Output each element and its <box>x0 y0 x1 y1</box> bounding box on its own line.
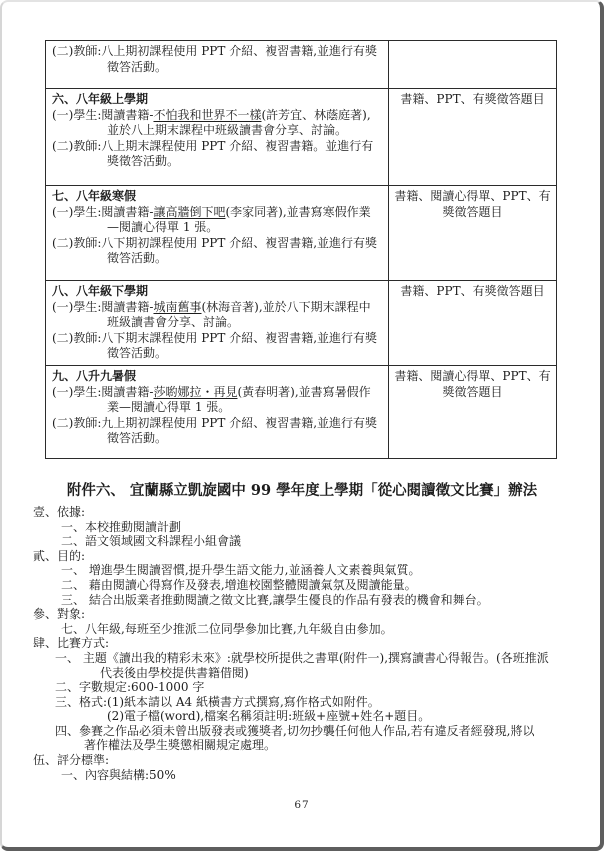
doc-line-wrap: 代表後由學校提供書籍借閱) <box>33 666 588 681</box>
reading-plan-table: (二)教師:八上期初課程使用 PPT 介紹、複習書籍,並進行有獎徵答活動。 六、… <box>45 40 557 459</box>
table-row-grade8-fall: 六、八年級上學期 (一)學生:閱讀書籍-不怕我和世界不一樣(許芳宜、林蔭庭著),… <box>46 88 556 185</box>
item-label: (二)教師: <box>52 139 101 153</box>
item-text: 閱讀書籍- <box>101 108 153 122</box>
doc-heading: 伍、評分標準: <box>33 753 588 768</box>
item-text: 閱讀書籍- <box>101 300 153 314</box>
period-title: 九、八升九暑假 <box>52 369 380 385</box>
item-label: (二)教師: <box>52 416 101 430</box>
item-text: 閱讀書籍- <box>101 385 153 399</box>
teacher-item: (二)教師:八下期初課程使用 PPT 介紹、複習書籍,並進行有獎徵答活動。 <box>52 236 380 267</box>
item-label: (二)教師: <box>52 44 101 58</box>
resources-cell: 書籍、PPT、有獎徵答題目 <box>389 281 556 365</box>
table-row-grade9-summer: 九、八升九暑假 (一)學生:閱讀書籍-莎喲娜拉・再見(黃春明著),並書寫暑假作業… <box>46 365 556 458</box>
item-label: (一)學生: <box>52 205 101 219</box>
doc-heading: 參、對象: <box>33 607 588 622</box>
doc-heading: 貳、目的: <box>33 549 588 564</box>
doc-heading: 肆、比賽方式: <box>33 636 588 651</box>
student-item: (一)學生:閱讀書籍-城南舊事(林海音著),並於八下期末課程中班級讀書會分享、討… <box>52 300 380 331</box>
book-title: 莎喲娜拉・再見 <box>153 385 237 399</box>
item-label: (二)教師: <box>52 236 101 250</box>
table-row-continuation: (二)教師:八上期初課程使用 PPT 介紹、複習書籍,並進行有獎徵答活動。 <box>46 41 556 88</box>
resources-cell: 書籍、閱讀心得單、PPT、有獎徵答題目 <box>389 186 556 280</box>
teacher-item: (二)教師:九上期初課程使用 PPT 介紹、複習書籍,並進行有獎徵答活動。 <box>52 416 380 447</box>
plan-cell: 九、八升九暑假 (一)學生:閱讀書籍-莎喲娜拉・再見(黃春明著),並書寫暑假作業… <box>46 366 389 458</box>
doc-line: 二、字數規定:600-1000 字 <box>33 680 588 695</box>
book-title: 不怕我和世界不一樣 <box>153 108 261 122</box>
item-label: (二)教師: <box>52 331 101 345</box>
period-title: 七、八年級寒假 <box>52 189 380 205</box>
doc-line: 二、語文領域國文科課程小組會議 <box>33 534 588 549</box>
doc-line: 一、本校推動閱讀計劃 <box>33 520 588 535</box>
resources-cell: 書籍、閱讀心得單、PPT、有獎徵答題目 <box>389 366 556 458</box>
period-title: 六、八年級上學期 <box>52 92 380 108</box>
doc-heading: 壹、依據: <box>33 505 588 520</box>
resources-text: 書籍、閱讀心得單、PPT、有獎徵答題目 <box>394 189 550 219</box>
resources-cell <box>389 41 556 88</box>
item-text: 九上期初課程使用 PPT 介紹、複習書籍,並進行有獎徵答活動。 <box>101 416 377 446</box>
doc-line: 三、 結合出版業者推動閱讀之徵文比賽,讓學生優良的作品有發表的機會和舞台。 <box>33 593 588 608</box>
doc-line: 三、格式:(1)紙本請以 A4 紙橫書方式撰寫,寫作格式如附件。 <box>33 695 588 710</box>
item-text: 八下期末課程使用 PPT 介紹、複習書籍,並進行有獎徵答活動。 <box>101 331 377 361</box>
plan-cell: 七、八年級寒假 (一)學生:閱讀書籍-讓高牆倒下吧(李家同著),並書寫寒假作業—… <box>46 186 389 280</box>
doc-line: 四、參賽之作品必須未曾出版發表或獲獎者,切勿抄襲任何他人作品,若有違反者經發現,… <box>33 724 588 739</box>
resources-text: 書籍、PPT、有獎徵答題目 <box>400 284 544 298</box>
doc-line: 一、 增進學生閱讀習慣,提升學生語文能力,並涵養人文素養與氣質。 <box>33 563 588 578</box>
item-label: (一)學生: <box>52 108 101 122</box>
table-row-grade8-spring: 八、八年級下學期 (一)學生:閱讀書籍-城南舊事(林海音著),並於八下期末課程中… <box>46 280 556 365</box>
item-label: (一)學生: <box>52 300 101 314</box>
doc-line-wrap: 著作權法及學生獎懲相關規定處理。 <box>33 738 588 753</box>
student-item: (一)學生:閱讀書籍-讓高牆倒下吧(李家同著),並書寫寒假作業—閱讀心得單 1 … <box>52 205 380 236</box>
plan-cell: 六、八年級上學期 (一)學生:閱讀書籍-不怕我和世界不一樣(許芳宜、林蔭庭著),… <box>46 89 389 185</box>
period-title: 八、八年級下學期 <box>52 284 380 300</box>
contest-rules: 壹、依據: 一、本校推動閱讀計劃 二、語文領域國文科課程小組會議 貳、目的: 一… <box>33 505 588 782</box>
book-title: 城南舊事 <box>153 300 201 314</box>
doc-line-wrap: (2)電子檔(word),檔案名稱須註明:班級+座號+姓名+題目。 <box>33 709 588 724</box>
resources-cell: 書籍、PPT、有獎徵答題目 <box>389 89 556 185</box>
doc-line: 一、 主題《讀出我的精彩未來》:就學校所提供之書單(附件一),撰寫讀書心得報告。… <box>33 651 588 666</box>
doc-line: 一、內容與結構:50% <box>33 768 588 783</box>
table-row-grade8-winter: 七、八年級寒假 (一)學生:閱讀書籍-讓高牆倒下吧(李家同著),並書寫寒假作業—… <box>46 185 556 280</box>
teacher-item: (二)教師:八上期末課程使用 PPT 介紹、複習書籍。並進行有獎徵答活動。 <box>52 139 380 170</box>
page-number: 67 <box>0 799 604 811</box>
doc-line: 七、八年級,每班至少推派二位同學參加比賽,九年級自由參加。 <box>33 622 588 637</box>
plan-cell: 八、八年級下學期 (一)學生:閱讀書籍-城南舊事(林海音著),並於八下期末課程中… <box>46 281 389 365</box>
teacher-item: (二)教師:八下期末課程使用 PPT 介紹、複習書籍,並進行有獎徵答活動。 <box>52 331 380 362</box>
plan-cell: (二)教師:八上期初課程使用 PPT 介紹、複習書籍,並進行有獎徵答活動。 <box>46 41 389 88</box>
doc-line: 二、 藉由閱讀心得寫作及發表,增進校園整體閱讀氣氛及閱讀能量。 <box>33 578 588 593</box>
item-label: (一)學生: <box>52 385 101 399</box>
book-title: 讓高牆倒下吧 <box>153 205 225 219</box>
item-text: 閱讀書籍- <box>101 205 153 219</box>
item-text: 八上期末課程使用 PPT 介紹、複習書籍。並進行有獎徵答活動。 <box>101 139 373 169</box>
resources-text: 書籍、PPT、有獎徵答題目 <box>400 92 544 106</box>
teacher-item: (二)教師:八上期初課程使用 PPT 介紹、複習書籍,並進行有獎徵答活動。 <box>52 44 380 75</box>
student-item: (一)學生:閱讀書籍-莎喲娜拉・再見(黃春明著),並書寫暑假作業—閱讀心得單 1… <box>52 385 380 416</box>
resources-text: 書籍、閱讀心得單、PPT、有獎徵答題目 <box>394 369 550 399</box>
student-item: (一)學生:閱讀書籍-不怕我和世界不一樣(許芳宜、林蔭庭著),並於八上期末課程中… <box>52 108 380 139</box>
item-text: 八下期初課程使用 PPT 介紹、複習書籍,並進行有獎徵答活動。 <box>101 236 377 266</box>
item-text: 八上期初課程使用 PPT 介紹、複習書籍,並進行有獎徵答活動。 <box>101 44 377 74</box>
attachment-title: 附件六、 宜蘭縣立凱旋國中 99 學年度上學期「從心閱讀徵文比賽」辦法 <box>0 482 604 500</box>
